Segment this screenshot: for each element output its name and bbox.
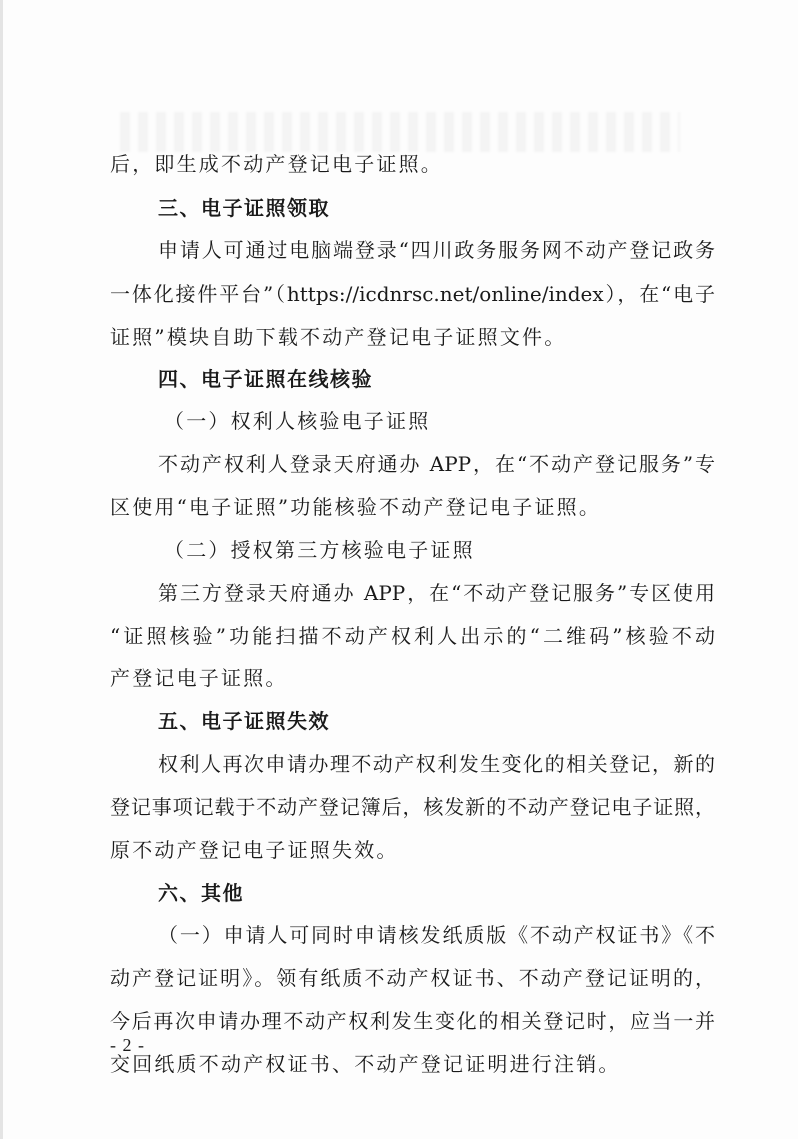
paragraph-line: 原不动产登记电子证照失效。 [110,836,399,864]
paragraph-line: 证照”模块自助下载不动产登记电子证照文件。 [110,323,566,351]
section-heading-4: 四、电子证照在线核验 [158,365,373,393]
paragraph-line: 交回纸质不动产权证书、不动产登记证明进行注销。 [110,1050,621,1078]
page-number: - 2 - [110,1035,145,1056]
paragraph-line: 区使用“电子证照”功能核验不动产登记电子证照。 [110,493,601,521]
section-heading-5: 五、电子证照失效 [158,707,330,735]
paragraph-line: 后，即生成不动产登记电子证照。 [110,150,443,178]
document-page: 后，即生成不动产登记电子证照。 三、电子证照领取 申请人可通过电脑端登录“四川政… [0,0,798,1139]
paragraph-line: 申请人可通过电脑端登录“四川政务服务网不动产登记政务 [158,236,715,264]
paragraph-line: 动产登记证明》。领有纸质不动产权证书、不动产登记证明的， [110,964,715,992]
subsection-heading: （一）权利人核验电子证照 [164,407,430,435]
paragraph-line: “证照核验”功能扫描不动产权利人出示的“二维码”核验不动 [110,622,715,650]
paragraph-line: 今后再次申请办理不动产权利发生变化的相关登记时，应当一并 [110,1007,715,1035]
scan-edge [0,0,3,1139]
paragraph-line: 不动产权利人登录天府通办 APP，在“不动产登记服务”专 [158,450,715,478]
subsection-heading: （二）授权第三方核验电子证照 [164,536,475,564]
section-heading-6: 六、其他 [158,879,244,907]
paragraph-line: 产登记电子证照。 [110,664,288,692]
paragraph-line: 第三方登录天府通办 APP，在“不动产登记服务”专区使用 [158,579,715,607]
section-heading-3: 三、电子证照领取 [158,194,330,222]
paragraph-line: 登记事项记载于不动产登记簿后，核发新的不动产登记电子证照， [110,793,715,821]
paragraph-line: 权利人再次申请办理不动产权利发生变化的相关登记，新的 [158,750,715,778]
bleed-through-artifact [120,112,680,152]
paragraph-line: （一）申请人可同时申请核发纸质版《不动产权证书》《不 [158,921,715,949]
paragraph-line-with-url: 一体化接件平台”（https://icdnrsc.net/online/inde… [110,280,715,308]
